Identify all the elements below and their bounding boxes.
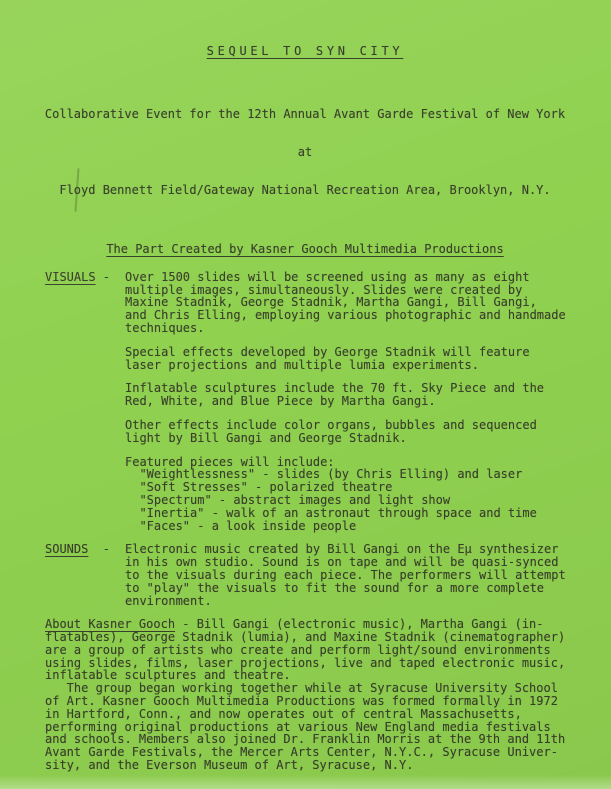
sounds-content: Electronic music created by Bill Gangi o… xyxy=(125,543,585,618)
sounds-label-cell: SOUNDS - xyxy=(45,543,125,556)
document-title: SEQUEL TO SYN CITY xyxy=(207,44,404,59)
document-header: SEQUEL TO SYN CITY Collaborative Event f… xyxy=(35,44,575,256)
about-body: flatables), George Stadnik (lumia), and … xyxy=(45,631,585,772)
subtitle-line-2: at xyxy=(35,146,575,159)
paragraph: Special effects developed by George Stad… xyxy=(125,346,585,372)
sounds-label: SOUNDS xyxy=(45,542,88,556)
heading-row: The Part Created by Kasner Gooch Multime… xyxy=(35,243,575,256)
visuals-separator: - xyxy=(96,270,118,284)
paragraph: Over 1500 slides will be screened using … xyxy=(125,271,585,335)
section-heading: The Part Created by Kasner Gooch Multime… xyxy=(106,243,503,256)
paragraph: Other effects include color organs, bubb… xyxy=(125,419,585,445)
event-subtitle: Collaborative Event for the 12th Annual … xyxy=(35,82,575,223)
paragraph: Inflatable sculptures include the 70 ft.… xyxy=(125,382,585,408)
paragraph: Featured pieces will include: "Weightles… xyxy=(125,456,585,533)
subtitle-line-3: Floyd Bennett Field/Gateway National Rec… xyxy=(35,184,575,197)
visuals-label: VISUALS xyxy=(45,270,96,284)
paragraph: Electronic music created by Bill Gangi o… xyxy=(125,543,585,607)
subtitle-line-1: Collaborative Event for the 12th Annual … xyxy=(35,108,575,121)
visuals-section: VISUALS - Over 1500 slides will be scree… xyxy=(45,271,585,544)
document-page: SEQUEL TO SYN CITY Collaborative Event f… xyxy=(0,0,611,789)
sounds-section: SOUNDS - Electronic music created by Bil… xyxy=(45,543,585,618)
sounds-separator: - xyxy=(88,542,117,556)
visuals-label-cell: VISUALS - xyxy=(45,271,125,284)
about-section: About Kasner Gooch - Bill Gangi (electro… xyxy=(45,618,585,772)
visuals-content: Over 1500 slides will be screened using … xyxy=(125,271,585,544)
title-row: SEQUEL TO SYN CITY xyxy=(35,44,575,59)
